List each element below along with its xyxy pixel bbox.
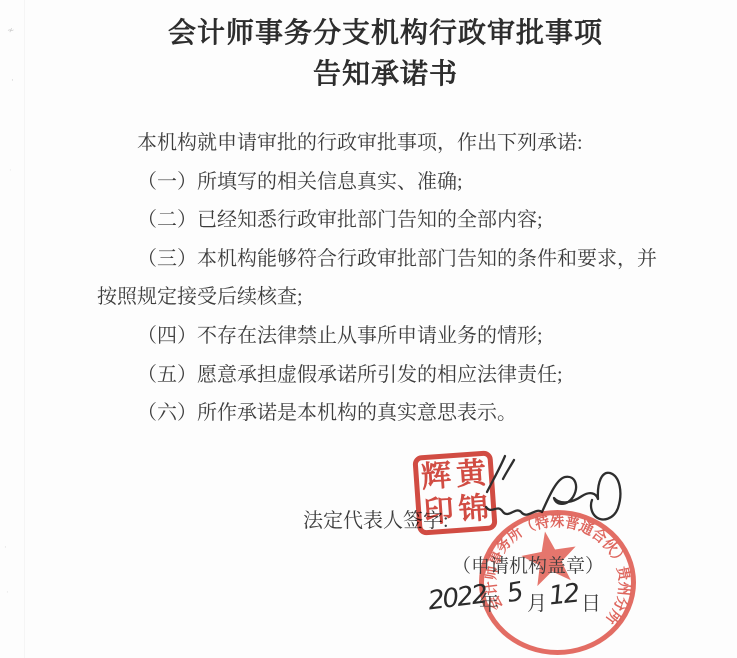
title-line-2: 告知承诺书: [17, 53, 737, 94]
day-unit-label: 日: [581, 587, 601, 616]
commitment-item-2: （二）已经知悉行政审批部门告知的全部内容;: [97, 201, 661, 240]
commitment-item-4: （四）不存在法律禁止从事所申请业务的情形;: [97, 317, 661, 356]
scan-speck: ·: [4, 543, 7, 553]
scan-fold-line: [24, 0, 25, 658]
commitment-item-6: （六）所作承诺是本机构的真实意思表示。: [97, 394, 661, 433]
applicant-stamp-note: （申请机构盖章）: [452, 551, 604, 578]
month-unit-label: 月: [527, 587, 547, 616]
commitment-item-1: （一）所填写的相关信息真实、准确;: [97, 163, 661, 202]
scan-speck: ·: [11, 76, 14, 86]
signature-stroke: [503, 460, 514, 479]
commitment-item-3: （三）本机构能够符合行政审批部门告知的条件和要求，并按照规定接受后续核查;: [97, 240, 661, 317]
scanned-commitment-letter: ≁ · · · · 会计师事务分支机构行政审批事项 告知承诺书 本机构就申请审批…: [0, 0, 737, 658]
scan-speck: ≁: [7, 26, 15, 36]
signature-stroke: [487, 456, 505, 492]
intro-paragraph: 本机构就申请审批的行政审批事项，作出下列承诺:: [97, 124, 661, 163]
title-line-1: 会计师事务分支机构行政审批事项: [17, 12, 737, 53]
commitment-body: 本机构就申请审批的行政审批事项，作出下列承诺: （一）所填写的相关信息真实、准确…: [97, 124, 661, 433]
year-unit-label: 年: [479, 587, 499, 616]
commitment-item-5: （五）愿意承担虚假承诺所引发的相应法律责任;: [97, 356, 661, 395]
handwritten-day: 12: [548, 579, 580, 612]
scan-speck: ·: [9, 166, 12, 176]
document-title: 会计师事务分支机构行政审批事项 告知承诺书: [17, 12, 737, 94]
scan-speck: ·: [6, 588, 9, 598]
